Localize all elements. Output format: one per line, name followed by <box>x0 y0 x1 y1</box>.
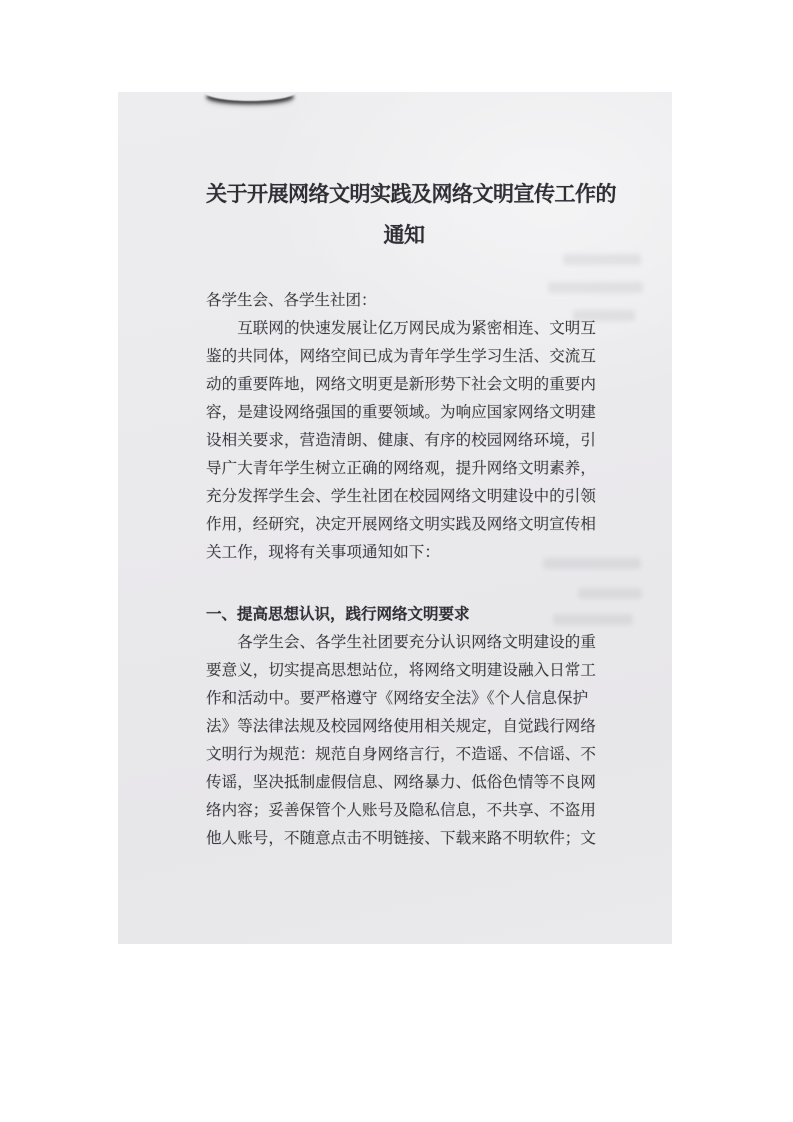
text-line: 互联网的快速发展让亿万网民成为紧密相连、文明互 <box>206 315 602 343</box>
document-photo: 关于开展网络文明实践及网络文明宣传工作的 通知 各学生会、各学生社团： 互联网的… <box>118 92 672 944</box>
text-line: 法》等法律法规及校园网络使用相关规定，自觉践行网络 <box>206 713 602 741</box>
notice-document: 关于开展网络文明实践及网络文明宣传工作的 通知 各学生会、各学生社团： 互联网的… <box>206 92 602 853</box>
text-line: 文明行为规范：规范自身网络言行，不造谣、不信谣、不 <box>206 741 602 769</box>
text-line: 容，是建设网络强国的重要领域。为响应国家网络文明建 <box>206 399 602 427</box>
title-line-2: 通知 <box>206 215 602 256</box>
paragraph-1: 互联网的快速发展让亿万网民成为紧密相连、文明互鉴的共同体，网络空间已成为青年学生… <box>206 315 602 567</box>
text-line: 动的重要阵地，网络文明更是新形势下社会文明的重要内 <box>206 371 602 399</box>
paragraph-2: 各学生会、各学生社团要充分认识网络文明建设的重要意义，切实提高思想站位，将网络文… <box>206 629 602 853</box>
text-line: 络内容；妥善保管个人账号及隐私信息，不共享、不盗用 <box>206 797 602 825</box>
title-line-1: 关于开展网络文明实践及网络文明宣传工作的 <box>206 174 602 215</box>
text-line: 传谣，坚决抵制虚假信息、网络暴力、低俗色情等不良网 <box>206 769 602 797</box>
salutation: 各学生会、各学生社团： <box>206 287 602 315</box>
text-line: 充分发挥学生会、学生社团在校园网络文明建设中的引领 <box>206 483 602 511</box>
text-line: 各学生会、各学生社团要充分认识网络文明建设的重 <box>206 629 602 657</box>
text-line: 他人账号，不随意点击不明链接、下载来路不明软件；文 <box>206 825 602 853</box>
text-line: 设相关要求，营造清朗、健康、有序的校园网络环境，引 <box>206 427 602 455</box>
section-1-heading: 一、提高思想认识，践行网络文明要求 <box>206 601 602 629</box>
text-line: 作用，经研究，决定开展网络文明实践及网络文明宣传相 <box>206 511 602 539</box>
text-line: 关工作，现将有关事项通知如下： <box>206 539 602 567</box>
text-line: 作和活动中。要严格遵守《网络安全法》《个人信息保护 <box>206 685 602 713</box>
document-title: 关于开展网络文明实践及网络文明宣传工作的 通知 <box>206 174 602 256</box>
text-line: 要意义，切实提高思想站位，将网络文明建设融入日常工 <box>206 657 602 685</box>
text-line: 鉴的共同体，网络空间已成为青年学生学习生活、交流互 <box>206 343 602 371</box>
text-line: 导广大青年学生树立正确的网络观，提升网络文明素养， <box>206 455 602 483</box>
